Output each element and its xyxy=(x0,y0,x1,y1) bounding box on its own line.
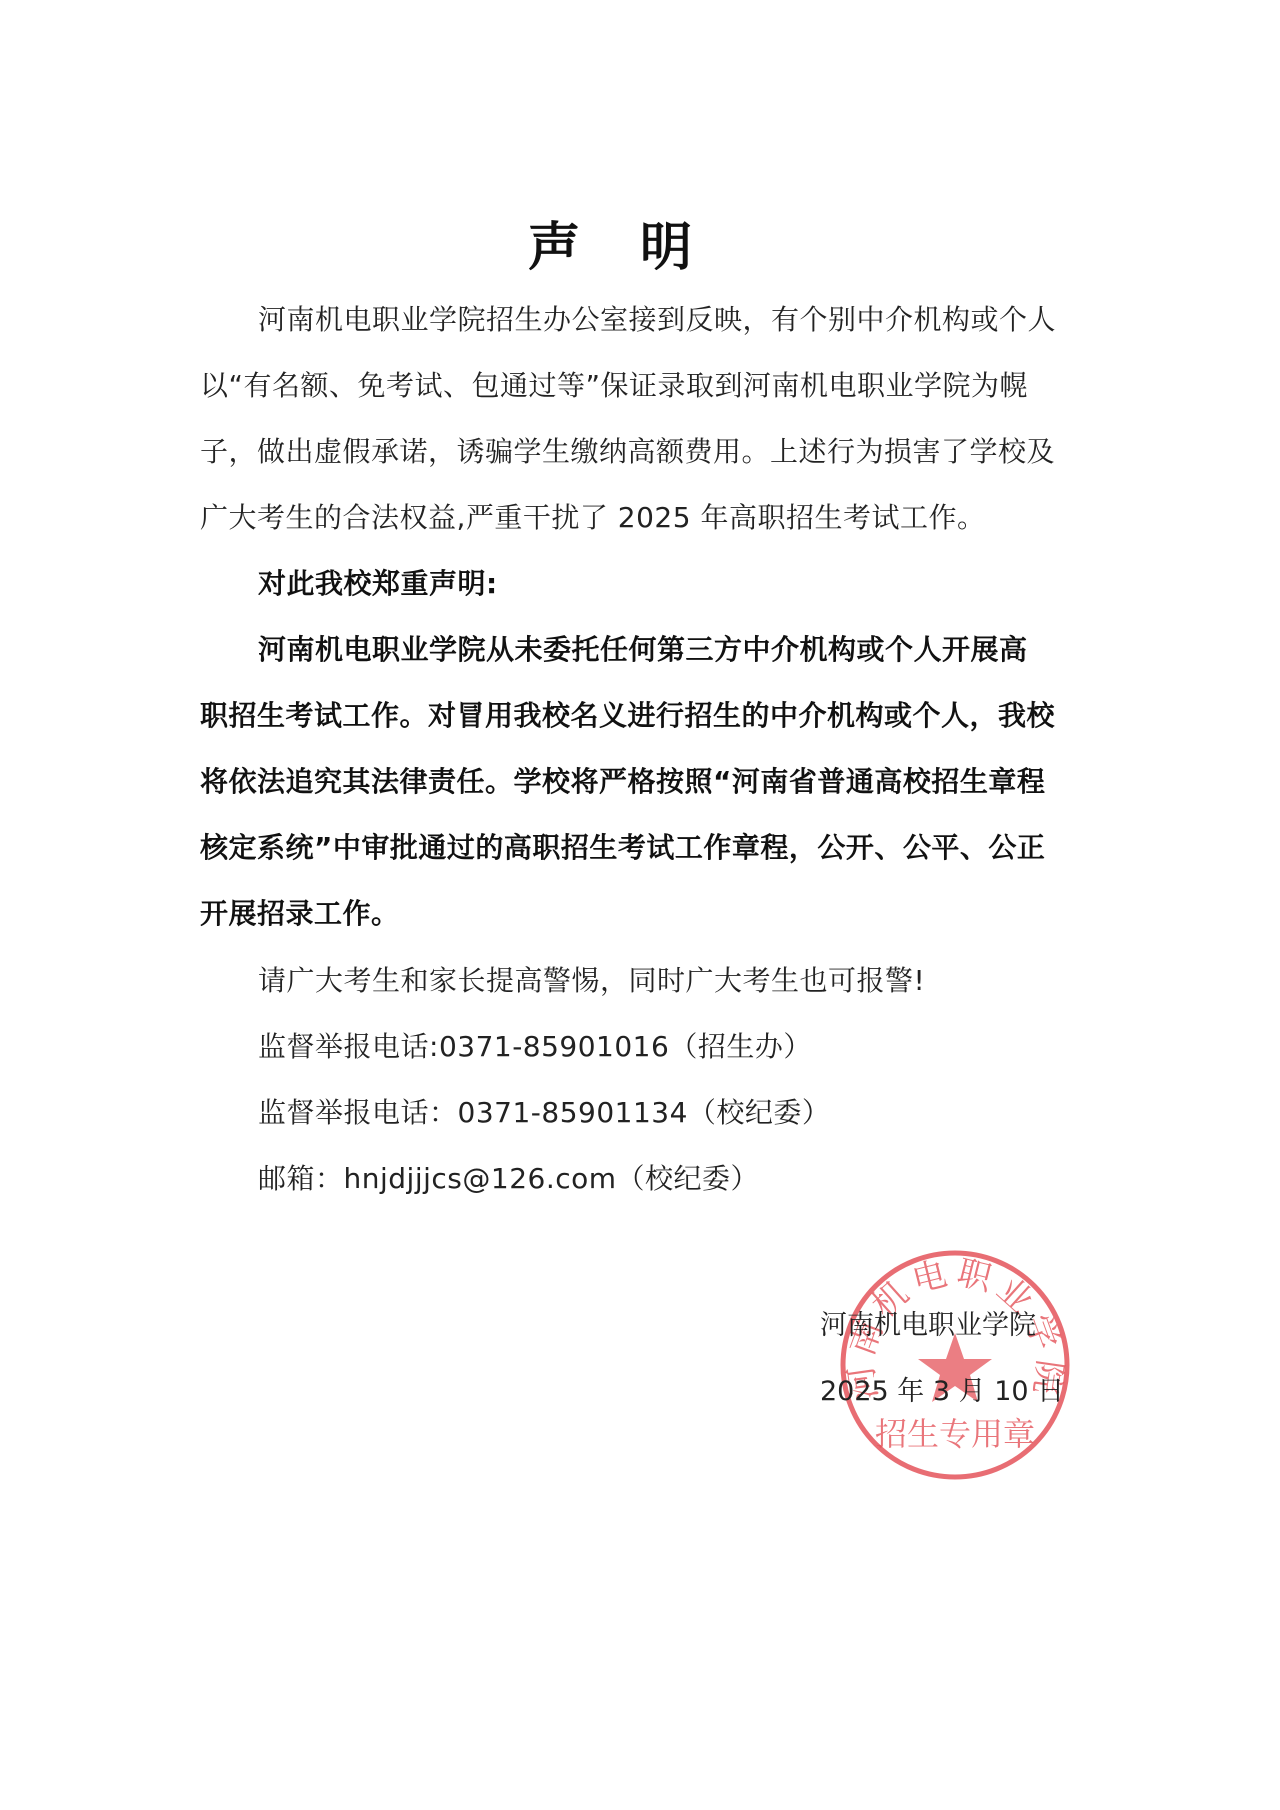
contact-note: （校纪委） xyxy=(617,1162,760,1195)
paragraph-2-line-4: 核定系统”中审批通过的高职招生考试工作章程，公开、公平、公正 xyxy=(200,828,1080,868)
declaration-intro: 对此我校郑重声明: xyxy=(258,564,1138,604)
signature-date: 2025 年 3 月 10 日 xyxy=(820,1369,1064,1408)
paragraph-2-line-1: 河南机电职业学院从未委托任何第三方中介机构或个人开展高 xyxy=(258,630,1138,670)
paragraph-2-line-3: 将依法追究其法律责任。学校将严格按照“河南省普通高校招生章程 xyxy=(200,762,1080,802)
paragraph-2-line-5: 开展招录工作。 xyxy=(200,894,1080,934)
paragraph-2-line-2: 职招生考试工作。对冒用我校名义进行招生的中介机构或个人，我校 xyxy=(200,696,1080,736)
contact-phone[interactable]: 0371-85901134 xyxy=(458,1096,688,1129)
signature-organization: 河南机电职业学院 xyxy=(820,1303,1036,1342)
paragraph-1-line-3: 子，做出虚假承诺，诱骗学生缴纳高额费用。上述行为损害了学校及 xyxy=(200,432,1080,472)
paragraph-1-line-2: 以“有名额、免考试、包通过等”保证录取到河南机电职业学院为幌 xyxy=(200,366,1080,406)
page-title: 声明 xyxy=(0,205,1280,280)
contact-phone-admissions: 监督举报电话:0371-85901016（招生办） xyxy=(258,1027,1138,1067)
warning-text: 请广大考生和家长提高警惕，同时广大考生也可报警! xyxy=(258,961,1138,1001)
official-seal-icon: 河南机电职业学院 招生专用章 xyxy=(835,1245,1075,1485)
contact-label: 邮箱： xyxy=(258,1162,344,1195)
document-page: 声明 河南机电职业学院招生办公室接到反映，有个别中介机构或个人 以“有名额、免考… xyxy=(0,0,1280,1810)
contact-label: 监督举报电话： xyxy=(258,1096,458,1129)
paragraph-1-line-4: 广大考生的合法权益,严重干扰了 2025 年高职招生考试工作。 xyxy=(200,498,1080,538)
contact-email: 邮箱：hnjdjjjcs@126.com（校纪委） xyxy=(258,1159,1138,1199)
contact-phone[interactable]: 0371-85901016 xyxy=(439,1030,669,1063)
contact-label: 监督举报电话: xyxy=(258,1030,439,1063)
contact-email-address[interactable]: hnjdjjjcs@126.com xyxy=(344,1162,617,1195)
contact-phone-discipline: 监督举报电话：0371-85901134（校纪委） xyxy=(258,1093,1138,1133)
svg-text:招生专用章: 招生专用章 xyxy=(875,1415,1035,1453)
contact-note: （招生办） xyxy=(669,1030,812,1063)
contact-note: （校纪委） xyxy=(688,1096,831,1129)
paragraph-1-line-1: 河南机电职业学院招生办公室接到反映，有个别中介机构或个人 xyxy=(258,300,1138,340)
